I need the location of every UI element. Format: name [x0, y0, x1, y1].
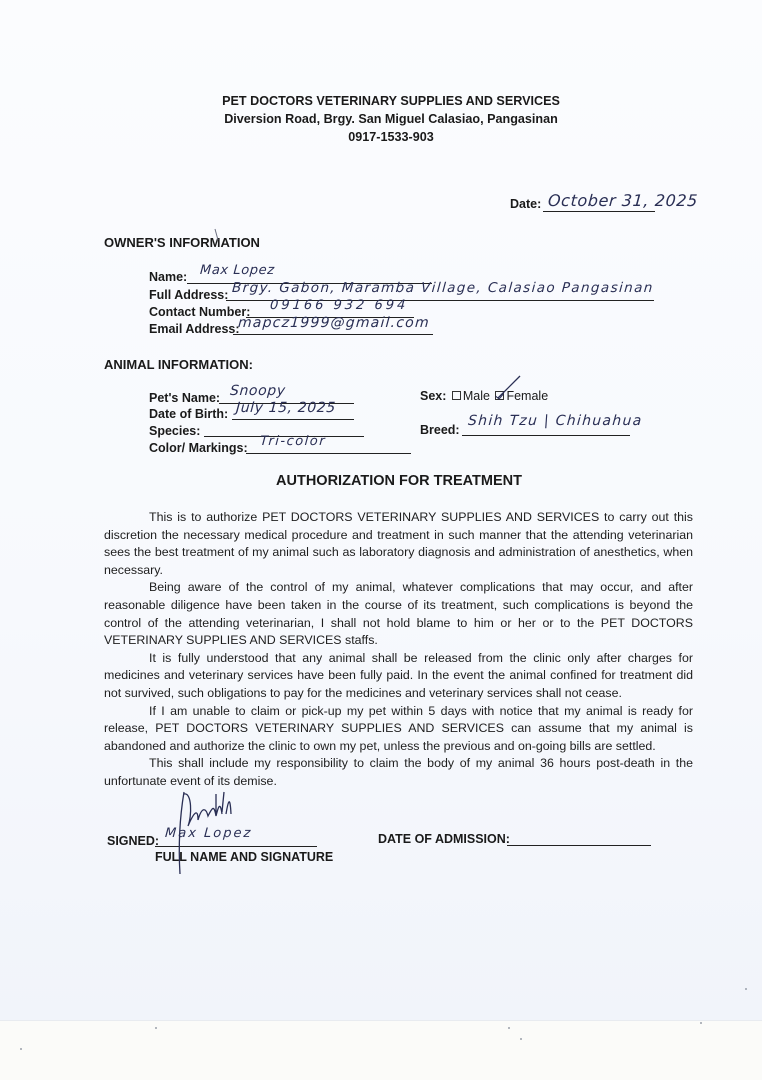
owner-name-label: Name: — [149, 270, 187, 284]
date-of-admission-label: DATE OF ADMISSION: — [378, 832, 510, 846]
scan-bottom-edge — [0, 1020, 762, 1080]
scan-speck — [508, 1027, 510, 1029]
scan-speck — [745, 988, 747, 990]
sex-label: Sex: — [420, 389, 446, 403]
business-address: Diversion Road, Brgy. San Miguel Calasia… — [0, 110, 762, 128]
owner-address-label: Full Address: — [149, 288, 228, 302]
ink-tick-mark-icon — [213, 228, 221, 242]
color-markings-label: Color/ Markings: — [149, 441, 248, 455]
signature-scribble-icon — [168, 786, 248, 878]
animal-info-heading: ANIMAL INFORMATION: — [104, 357, 253, 372]
species-label: Species: — [149, 424, 200, 438]
breed-label: Breed: — [420, 423, 460, 437]
pet-name-field[interactable]: Snoopy — [229, 383, 286, 399]
sex-male-label: Male — [463, 389, 490, 403]
authorization-paragraph: Being aware of the control of my animal,… — [104, 579, 693, 649]
owner-contact-field[interactable]: 09166 932 694 — [269, 298, 408, 313]
female-check-stroke-icon — [496, 374, 522, 400]
scan-speck — [700, 1022, 702, 1024]
signed-label: SIGNED: — [107, 834, 159, 848]
scan-speck — [20, 1048, 22, 1050]
business-phone: 0917-1533-903 — [0, 128, 762, 146]
owner-address-field[interactable]: Brgy. Gabon, Maramba Village, Calasiao P… — [231, 280, 654, 296]
signature-caption: FULL NAME AND SIGNATURE — [155, 850, 333, 864]
authorization-paragraph: If I am unable to claim or pick-up my pe… — [104, 703, 693, 756]
scan-speck — [520, 1038, 522, 1040]
authorization-paragraph: It is fully understood that any animal s… — [104, 650, 693, 703]
breed-field[interactable]: Shih Tzu | Chihuahua — [467, 413, 643, 429]
dob-field[interactable]: July 15, 2025 — [235, 400, 336, 416]
sex-field: Sex: Male Female — [420, 389, 548, 403]
pet-name-label: Pet's Name: — [149, 391, 220, 405]
owner-email-line — [233, 334, 433, 335]
date-of-admission-line — [507, 845, 651, 846]
dob-label: Date of Birth: — [149, 407, 228, 421]
owner-email-label: Email Address: — [149, 322, 240, 336]
date-value[interactable]: October 31, 2025 — [547, 191, 698, 210]
owner-contact-label: Contact Number: — [149, 305, 250, 319]
date-line — [543, 211, 655, 212]
owner-email-field[interactable]: mapcz1999@gmail.com — [237, 315, 430, 331]
authorization-title: AUTHORIZATION FOR TREATMENT — [0, 473, 762, 489]
sex-male-checkbox[interactable] — [452, 391, 461, 400]
breed-line — [462, 435, 630, 436]
scanned-form-page: PET DOCTORS VETERINARY SUPPLIES AND SERV… — [0, 0, 762, 1020]
color-markings-field[interactable]: Tri-color — [259, 434, 326, 449]
authorization-body: This is to authorize PET DOCTORS VETERIN… — [104, 509, 693, 791]
dob-line — [232, 419, 354, 420]
owner-info-heading: OWNER'S INFORMATION — [104, 235, 260, 250]
scan-speck — [155, 1027, 157, 1029]
business-name: PET DOCTORS VETERINARY SUPPLIES AND SERV… — [0, 92, 762, 110]
color-markings-line — [246, 453, 411, 454]
authorization-paragraph: This is to authorize PET DOCTORS VETERIN… — [104, 509, 693, 579]
date-label: Date: — [510, 197, 541, 211]
owner-name-field[interactable]: Max Lopez — [199, 263, 275, 278]
